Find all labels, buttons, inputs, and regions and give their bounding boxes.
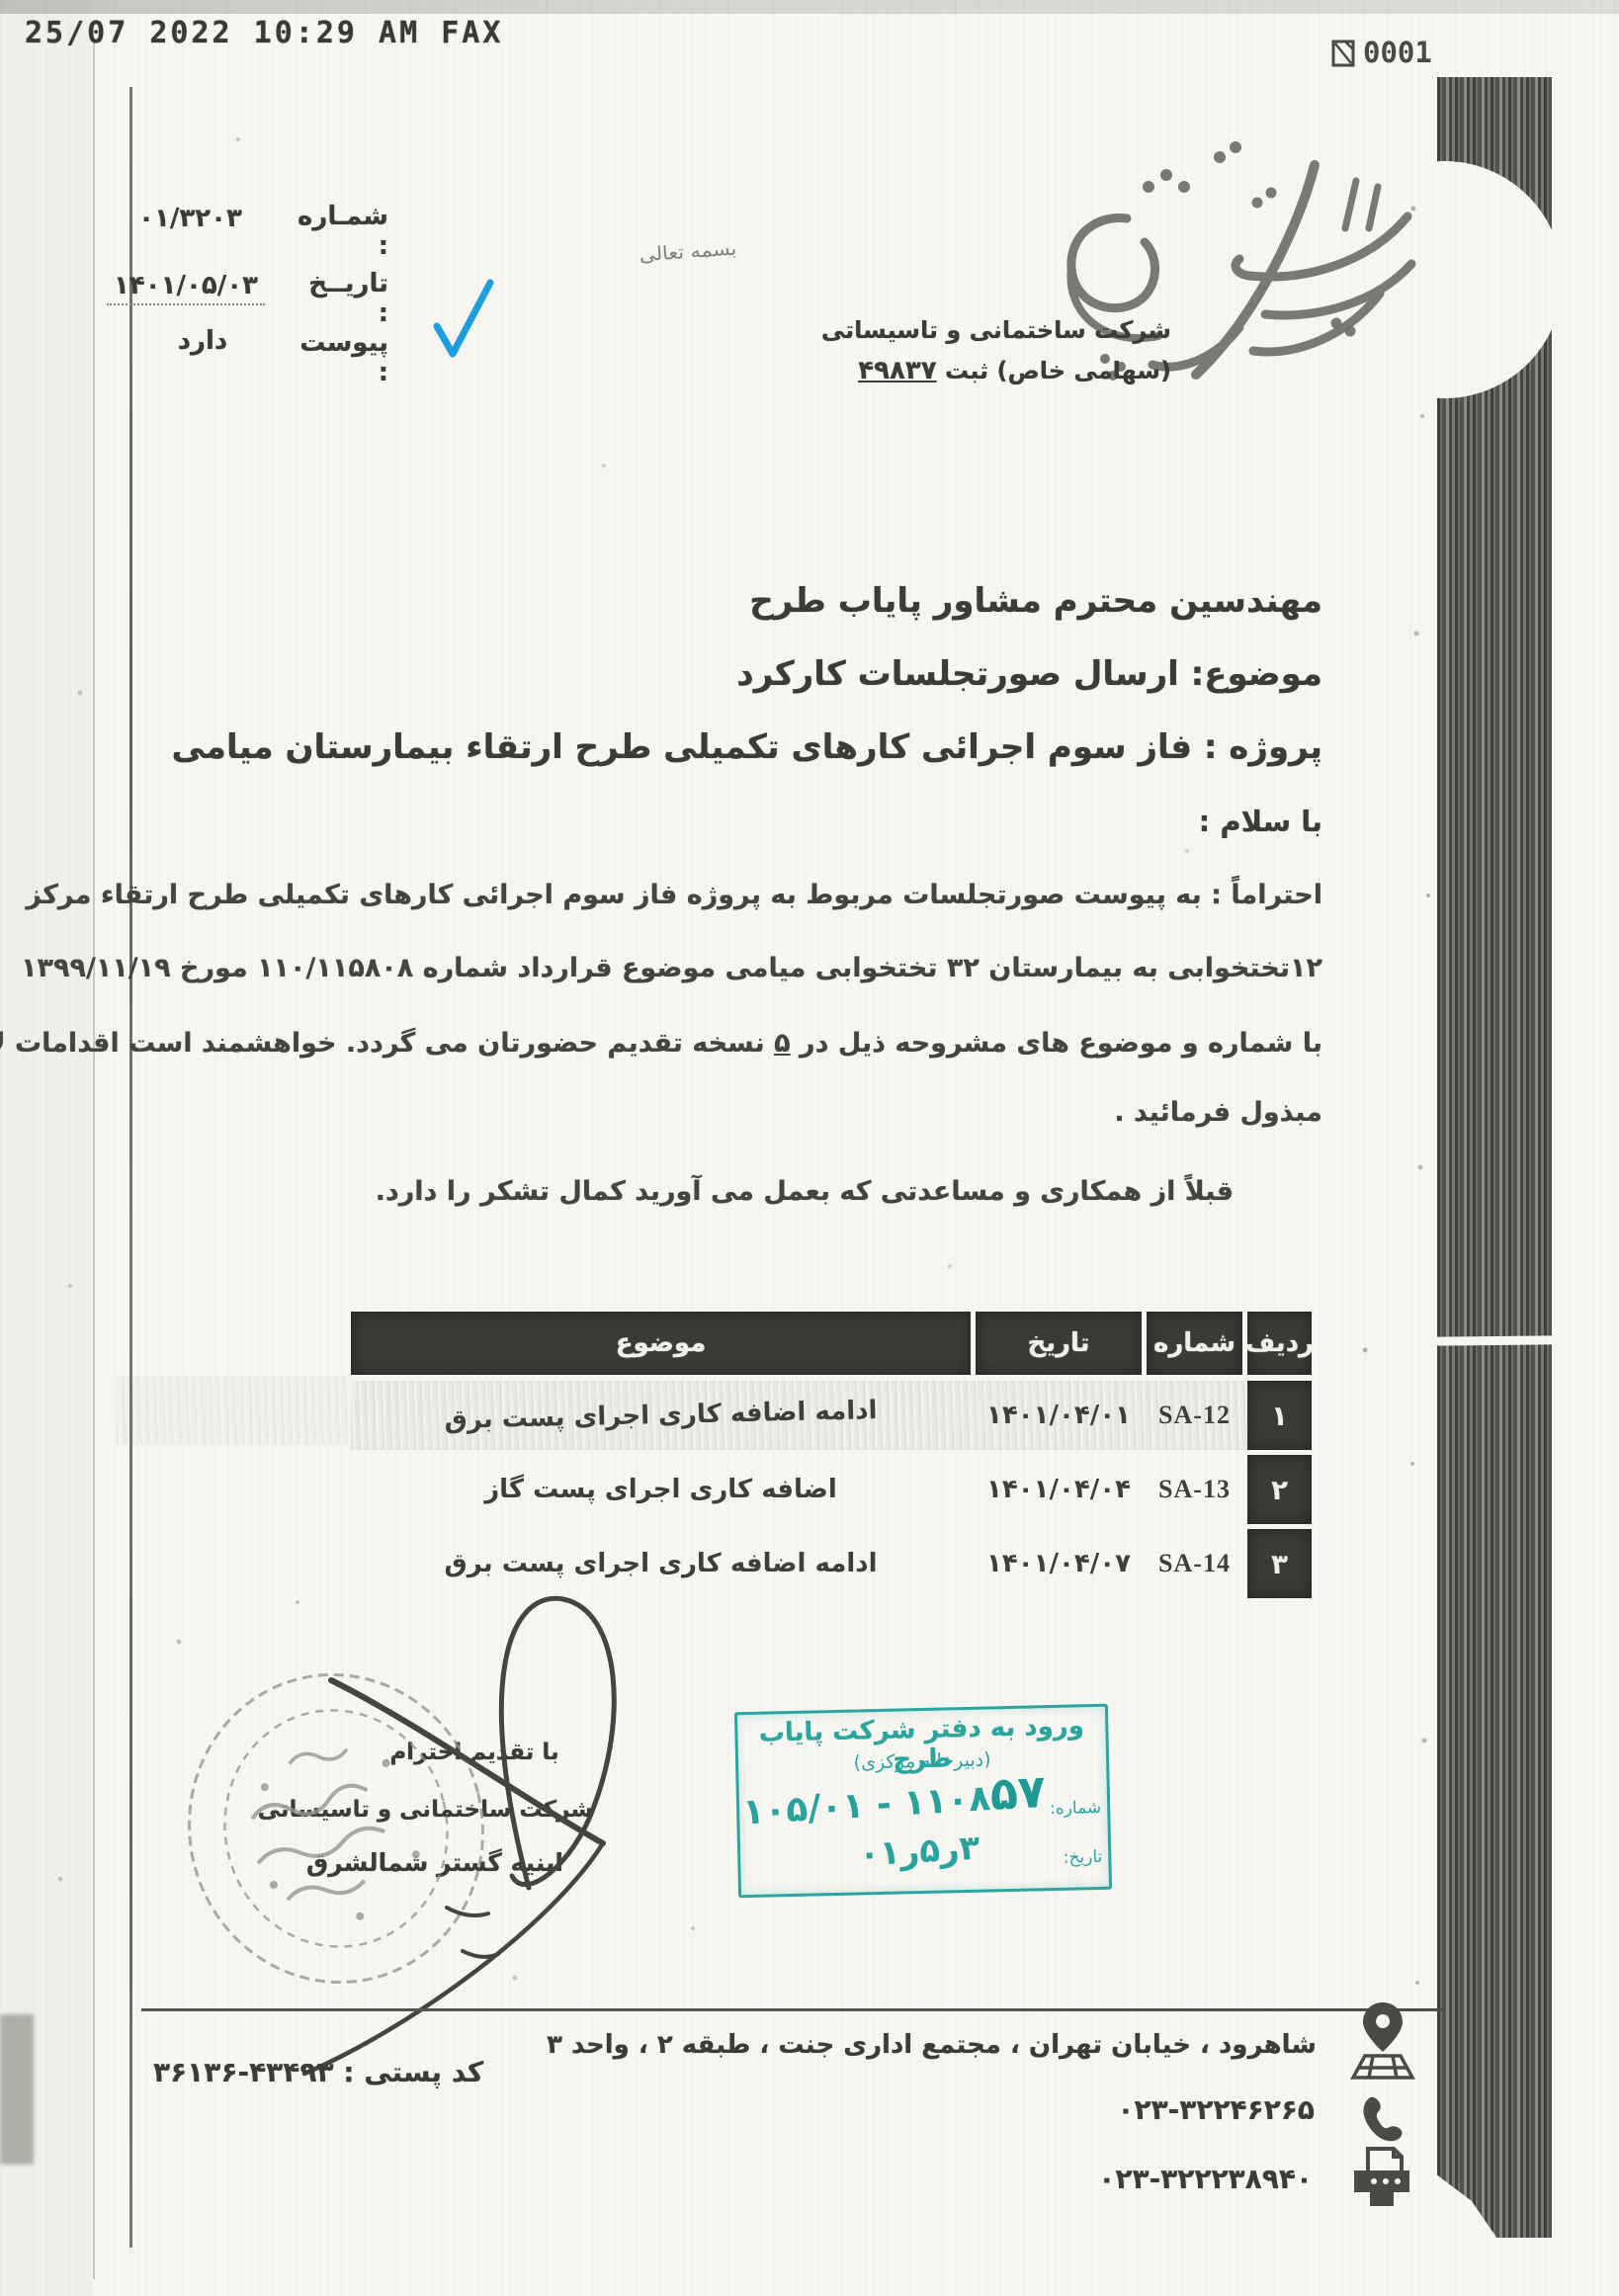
besmele-script: بسمه تعالی (624, 237, 753, 268)
date-field-value: ۱۴۰۱/۰۵/۰۳ (107, 271, 265, 305)
scan-binding-shadow (1437, 77, 1552, 2238)
table-row: ۱ SA-12 ۱۴۰۱/۰۴/۰۱ ادامه اضافه کاری اجرا… (351, 1381, 1312, 1450)
footer-phone: ۰۲۳-۳۲۲۴۶۲۶۵ (1117, 2093, 1315, 2126)
table-header-row: ردیف شماره تاریخ موضوع (351, 1312, 1312, 1375)
body-line-5: قبلاً از همکاری و مساعدتی که بعمل می آور… (376, 1176, 1234, 1207)
scan-noise-strip (117, 1376, 349, 1445)
recipient-line: مهندسین محترم مشاور پایاب طرح (749, 581, 1322, 621)
registration-label: (سهامی خاص) ثبت (945, 357, 1171, 384)
postal-code-value: ۴۳۴۹۳-۳۶۱۳۶ (153, 2056, 334, 2088)
footer-fax-number: ۰۲۳-۳۲۲۲۳۸۹۴۰ (1098, 2163, 1313, 2195)
header-subject: موضوع (351, 1312, 971, 1375)
blue-checkmark-icon (425, 273, 502, 364)
location-pin-icon (1347, 1998, 1418, 2083)
project-line: پروژه : فاز سوم اجرائی کارهای تکمیلی طرح… (172, 727, 1322, 767)
scan-noise-specks (0, 0, 2, 2)
scan-binding-gap (1437, 1335, 1552, 1345)
entry-stamp-date-value: ۳ر۵ر۰۱ (858, 1828, 980, 1875)
number-field-label: شمـاره : (290, 202, 388, 261)
letterhead-registration: (سهامی خاص) ثبت ۴۹۸۳۷ (858, 356, 1171, 385)
cell-number: SA-12 (1147, 1381, 1242, 1450)
office-entry-stamp: ورود به دفتر شرکت پایاب طرح (دبیرخانه مر… (734, 1704, 1112, 1899)
header-number: شماره (1147, 1312, 1242, 1375)
attachment-field-value: دارد (158, 326, 247, 356)
cell-subject: ادامه اضافه کاری اجرای پست برق (350, 1374, 971, 1457)
scan-fold-line-faint (93, 40, 95, 2279)
entry-number-rest: - ۱۰۵/۰۱ (741, 1784, 893, 1833)
header-date: تاریخ (976, 1312, 1142, 1375)
footer-divider-line (141, 2008, 1444, 2011)
body-line-1: احتراماً : به پیوست صورتجلسات مربوط به پ… (127, 880, 1322, 910)
attachment-field-label: پیوست : (290, 328, 388, 387)
cell-subject: اضافه کاری اجرای پست گاز (351, 1455, 971, 1524)
number-field-value: ۰۱/۳۲۰۳ (133, 204, 247, 233)
date-field-label: تاریــخ : (290, 269, 388, 328)
postal-code-label: کد پستی : (343, 2056, 483, 2088)
entry-stamp-number-label: شماره: (1050, 1798, 1102, 1819)
table-row: ۲ SA-13 ۱۴۰۱/۰۴/۰۴ اضافه کاری اجرای پست … (351, 1455, 1312, 1524)
scan-top-edge (0, 0, 1619, 14)
cell-row-no: ۱ (1247, 1381, 1312, 1450)
body-line-3-pre: با شماره و موضوع های مشروحه ذیل در (800, 1028, 1322, 1059)
scan-fold-line-dark (129, 87, 132, 2248)
copies-count: ۵ (774, 1028, 790, 1059)
phone-icon (1358, 2091, 1409, 2147)
footer-postal-code: کد پستی : ۴۳۴۹۳-۳۶۱۳۶ (153, 2056, 483, 2088)
handwritten-signature (277, 1562, 731, 2095)
body-line-3: با شماره و موضوع های مشروحه ذیل در ۵ نسخ… (127, 1028, 1322, 1059)
scanned-fax-letter: 25/07 2022 10:29 AM FAX 0001 (0, 0, 1619, 2296)
scan-corner-smudge (0, 2014, 34, 2165)
cell-date: ۱۴۰۱/۰۴/۰۴ (976, 1455, 1142, 1524)
cell-number: SA-14 (1147, 1529, 1242, 1598)
body-line-4: مبذول فرمائید . (127, 1097, 1322, 1128)
letterhead-company-name: شرکت ساختمانی و تاسیساتی (821, 316, 1171, 344)
salutation-line: با سلام : (1199, 805, 1322, 838)
body-line-2: ۱۲تختخوابی به بیمارستان ۳۲ تختخوابی میام… (127, 953, 1322, 983)
cell-number: SA-13 (1147, 1455, 1242, 1524)
footer-address: شاهرود ، خیابان تهران ، مجتمع اداری جنت … (547, 2030, 1317, 2060)
cell-row-no: ۳ (1247, 1529, 1312, 1598)
fax-timestamp: 25/07 2022 10:29 AM FAX (25, 16, 503, 50)
entry-stamp-date-label: تاریخ: (1064, 1847, 1103, 1868)
subject-line: موضوع: ارسال صورتجلسات کارکرد (736, 654, 1322, 694)
cell-row-no: ۲ (1247, 1455, 1312, 1524)
scan-left-margin (0, 0, 91, 2296)
registration-number: ۴۹۸۳۷ (858, 356, 936, 385)
body-line-3-post: نسخه تقدیم حضورتان می گردد. خواهشمند است… (0, 1028, 765, 1059)
minutes-table: ردیف شماره تاریخ موضوع ۱ SA-12 ۱۴۰۱/۰۴/۰… (351, 1312, 1312, 1598)
entry-number-bold: ۵۷ (988, 1764, 1047, 1821)
fax-page-counter: 0001 (1331, 36, 1432, 69)
fax-page-icon (1331, 38, 1357, 67)
fax-page-number: 0001 (1363, 36, 1432, 69)
cell-date: ۱۴۰۱/۰۴/۰۱ (976, 1381, 1142, 1450)
header-row-no: ردیف (1247, 1312, 1312, 1375)
cell-date: ۱۴۰۱/۰۴/۰۷ (976, 1529, 1142, 1598)
fax-machine-icon (1346, 2143, 1417, 2212)
entry-number-main: ۱۱۰۸ (902, 1778, 991, 1824)
